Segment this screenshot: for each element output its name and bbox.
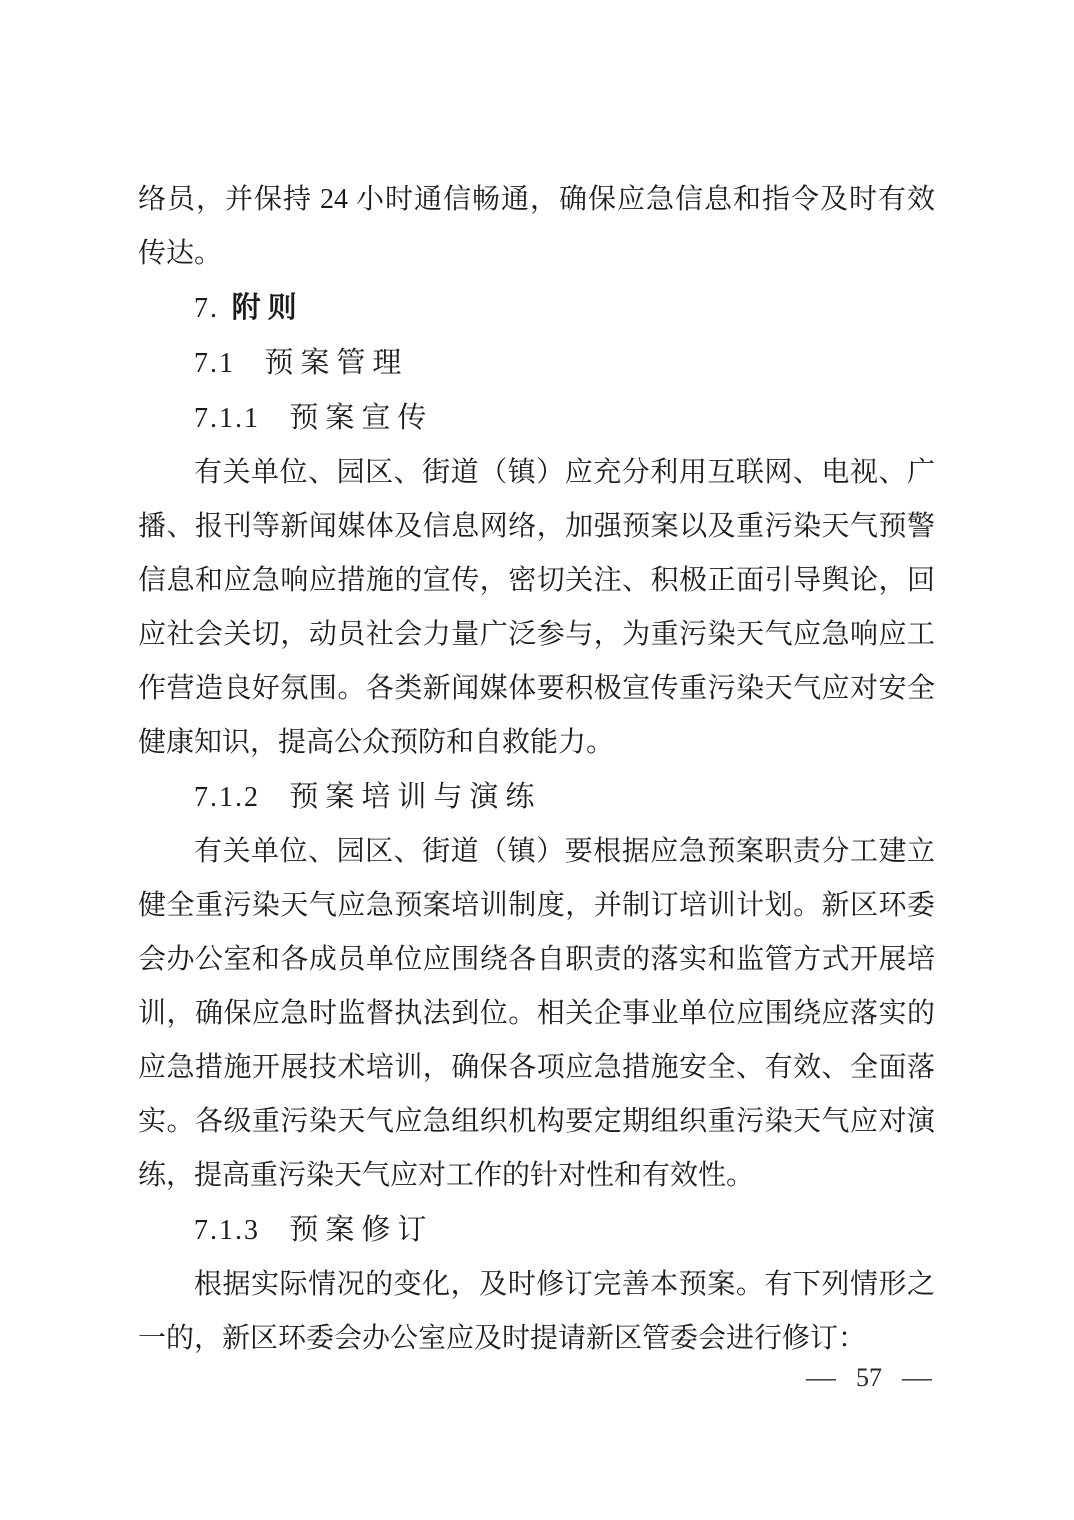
subsection-heading-number: 7.1.3 [194, 1215, 260, 1246]
subsection-heading-title: 预案修订 [289, 1214, 433, 1246]
section-heading: 7.1预案管理 [138, 336, 935, 391]
paragraph-publicity: 有关单位、园区、街道（镇）应充分利用互联网、电视、广播、报刊等新闻媒体及信息网络… [138, 446, 935, 770]
chapter-heading: 7.附则 [138, 281, 935, 336]
subsection-heading-number: 7.1.1 [194, 403, 260, 434]
document-body: 络员，并保持 24 小时通信畅通，确保应急信息和指令及时有效传达。 7.附则 7… [138, 173, 935, 1366]
paragraph-continuation: 络员，并保持 24 小时通信畅通，确保应急信息和指令及时有效传达。 [138, 173, 935, 281]
subsection-heading-712: 7.1.2预案培训与演练 [138, 770, 935, 825]
subsection-heading-title: 预案培训与演练 [289, 781, 541, 813]
page-number: 57 [856, 1362, 882, 1394]
chapter-heading-title: 附则 [232, 292, 304, 324]
document-page: 络员，并保持 24 小时通信畅通，确保应急信息和指令及时有效传达。 7.附则 7… [0, 0, 1074, 1520]
subsection-heading-number: 7.1.2 [194, 782, 260, 813]
paragraph-training: 有关单位、园区、街道（镇）要根据应急预案职责分工建立健全重污染天气应急预案培训制… [138, 825, 935, 1203]
subsection-heading-title: 预案宣传 [289, 402, 433, 434]
footer-dash-right: — [902, 1362, 932, 1394]
section-heading-number: 7.1 [194, 348, 235, 379]
footer-dash-left: — [806, 1362, 836, 1394]
paragraph-revision: 根据实际情况的变化，及时修订完善本预案。有下列情形之一的，新区环委会办公室应及时… [138, 1258, 935, 1366]
subsection-heading-711: 7.1.1预案宣传 [138, 391, 935, 446]
chapter-heading-number: 7. [194, 293, 219, 324]
subsection-heading-713: 7.1.3预案修订 [138, 1203, 935, 1258]
section-heading-title: 预案管理 [264, 347, 408, 379]
page-footer: — 57 — [808, 1362, 930, 1394]
